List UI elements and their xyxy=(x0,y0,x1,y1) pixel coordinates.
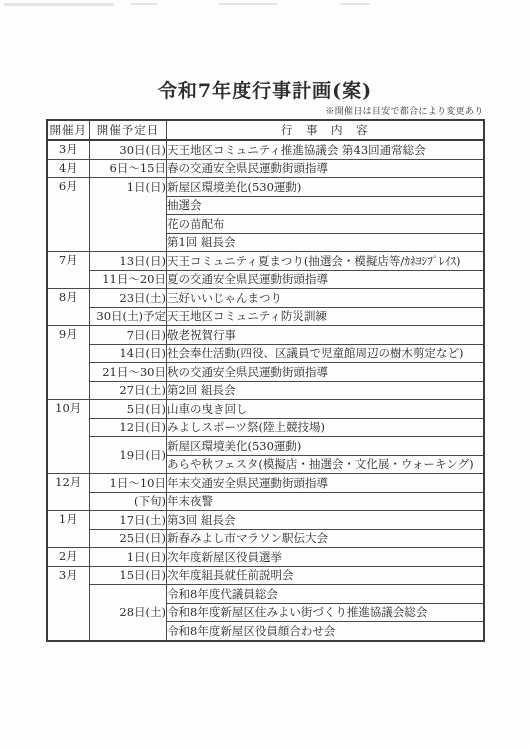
month-cell: 7月 xyxy=(47,252,90,289)
date-cell: 30日(土)予定 xyxy=(90,307,167,326)
event-cell: 第1回 組長会 xyxy=(167,233,484,252)
date-cell: 27日(土) xyxy=(90,381,167,400)
date-cell: 13日(日) xyxy=(90,252,167,271)
date-cell: 1日(日) xyxy=(90,178,167,252)
column-header-month: 開催月 xyxy=(47,120,90,140)
event-cell: 天王地区コミュニティ推進協議会 第43回通常総会 xyxy=(167,140,484,159)
schedule-row: 7月13日(日)天王コミュニティ夏まつり(抽選会・模擬店等/ｶﾈﾖｼﾌﾟﾚｲｽ) xyxy=(47,252,484,271)
schedule-row: 28日(土)令和8年度代議員総会 xyxy=(47,585,484,604)
event-cell: 天王地区コミュニティ防災訓練 xyxy=(167,307,484,326)
event-cell: 次年度新屋区役員選挙 xyxy=(167,548,484,567)
month-cell: 3月 xyxy=(47,140,90,159)
event-cell: 三好いいじゃんまつり xyxy=(167,289,484,308)
date-cell: 7日(日) xyxy=(90,326,167,345)
month-cell: 8月 xyxy=(47,289,90,326)
date-cell: 6日〜15日 xyxy=(90,159,167,178)
date-cell: 12日(日) xyxy=(90,418,167,437)
month-cell: 1月 xyxy=(47,511,90,548)
date-cell: 15日(日) xyxy=(90,566,167,585)
event-cell: 令和8年度新屋区住みよい街づくり推進協議会総会 xyxy=(167,603,484,622)
event-cell: 令和8年度新屋区役員顔合わせ会 xyxy=(167,622,484,641)
date-cell: 28日(土) xyxy=(90,585,167,641)
schedule-row: 8月23日(土)三好いいじゃんまつり xyxy=(47,289,484,308)
event-cell: 年末交通安全県民運動街頭指導 xyxy=(167,474,484,493)
date-cell: 11日〜20日 xyxy=(90,270,167,289)
event-cell: 新屋区環境美化(530運動) xyxy=(167,178,484,197)
schedule-row: 12日(日)みよしスポーツ祭(陸上競技場) xyxy=(47,418,484,437)
schedule-row: 4月6日〜15日春の交通安全県民運動街頭指導 xyxy=(47,159,484,178)
date-cell: 19日(日) xyxy=(90,437,167,474)
date-cell: 25日(日) xyxy=(90,529,167,548)
event-cell: 第2回 組長会 xyxy=(167,381,484,400)
schedule-row: 3月15日(日)次年度組長就任前説明会 xyxy=(47,566,484,585)
date-cell: 14日(日) xyxy=(90,344,167,363)
event-cell: 花の苗配布 xyxy=(167,215,484,234)
date-cell: 21日〜30日 xyxy=(90,363,167,382)
month-cell: 10月 xyxy=(47,400,90,474)
schedule-row: 21日〜30日秋の交通安全県民運動街頭指導 xyxy=(47,363,484,382)
event-cell: 夏の交通安全県民運動街頭指導 xyxy=(167,270,484,289)
column-header-date: 開催予定日 xyxy=(90,120,167,140)
month-cell: 9月 xyxy=(47,326,90,400)
schedule-row: 1月17日(土)第3回 組長会 xyxy=(47,511,484,530)
schedule-row: 11日〜20日夏の交通安全県民運動街頭指導 xyxy=(47,270,484,289)
date-cell: 17日(土) xyxy=(90,511,167,530)
schedule-row: 27日(土)第2回 組長会 xyxy=(47,381,484,400)
event-cell: 抽選会 xyxy=(167,196,484,215)
schedule-row: 30日(土)予定天王地区コミュニティ防災訓練 xyxy=(47,307,484,326)
event-cell: 新春みよし市マラソン駅伝大会 xyxy=(167,529,484,548)
date-cell: 5日(日) xyxy=(90,400,167,419)
event-cell: 第3回 組長会 xyxy=(167,511,484,530)
month-cell: 6月 xyxy=(47,178,90,252)
event-cell: あらや秋フェスタ(模擬店・抽選会・文化展・ウォーキング) xyxy=(167,455,484,474)
event-cell: 春の交通安全県民運動街頭指導 xyxy=(167,159,484,178)
month-cell: 12月 xyxy=(47,474,90,511)
schedule-row: 25日(日)新春みよし市マラソン駅伝大会 xyxy=(47,529,484,548)
event-cell: 新屋区環境美化(530運動) xyxy=(167,437,484,456)
event-schedule-table: 開催月 開催予定日 行 事 内 容 3月30日(日)天王地区コミュニティ推進協議… xyxy=(46,119,485,642)
month-cell: 3月 xyxy=(47,566,90,641)
date-cell: (下旬) xyxy=(90,492,167,511)
month-cell: 2月 xyxy=(47,548,90,567)
date-cell: 1日(日) xyxy=(90,548,167,567)
schedule-row: 14日(日)社会奉仕活動(四役、区議員で児童館周辺の樹木剪定など) xyxy=(47,344,484,363)
schedule-row: (下旬)年末夜警 xyxy=(47,492,484,511)
schedule-row: 6月1日(日)新屋区環境美化(530運動) xyxy=(47,178,484,197)
date-cell: 23日(土) xyxy=(90,289,167,308)
schedule-row: 10月5日(日)山車の曳き回し xyxy=(47,400,484,419)
event-cell: 山車の曳き回し xyxy=(167,400,484,419)
event-cell: みよしスポーツ祭(陸上競技場) xyxy=(167,418,484,437)
scanned-document-page: 令和7年度行事計画(案) ※開催日は目安で都合により変更あり 開催月 開催予定日… xyxy=(0,0,530,750)
column-header-content: 行 事 内 容 xyxy=(167,120,484,140)
event-cell: 秋の交通安全県民運動街頭指導 xyxy=(167,363,484,382)
event-cell: 社会奉仕活動(四役、区議員で児童館周辺の樹木剪定など) xyxy=(167,344,484,363)
schedule-disclaimer-note: ※開催日は目安で都合により変更あり xyxy=(47,104,484,117)
event-cell: 天王コミュニティ夏まつり(抽選会・模擬店等/ｶﾈﾖｼﾌﾟﾚｲｽ) xyxy=(167,252,484,271)
event-cell: 敬老祝賀行事 xyxy=(167,326,484,345)
event-cell: 次年度組長就任前説明会 xyxy=(167,566,484,585)
schedule-row: 2月1日(日)次年度新屋区役員選挙 xyxy=(47,548,484,567)
event-cell: 年末夜警 xyxy=(167,492,484,511)
month-cell: 4月 xyxy=(47,159,90,178)
schedule-row: 3月30日(日)天王地区コミュニティ推進協議会 第43回通常総会 xyxy=(47,140,484,159)
schedule-row: 9月7日(日)敬老祝賀行事 xyxy=(47,326,484,345)
event-cell: 令和8年度代議員総会 xyxy=(167,585,484,604)
table-header-row: 開催月 開催予定日 行 事 内 容 xyxy=(47,120,484,140)
date-cell: 30日(日) xyxy=(90,140,167,159)
schedule-row: 19日(日)新屋区環境美化(530運動) xyxy=(47,437,484,456)
scan-artifact xyxy=(0,2,530,8)
document-title: 令和7年度行事計画(案) xyxy=(0,0,530,102)
date-cell: 1日〜10日 xyxy=(90,474,167,493)
schedule-row: 12月1日〜10日年末交通安全県民運動街頭指導 xyxy=(47,474,484,493)
